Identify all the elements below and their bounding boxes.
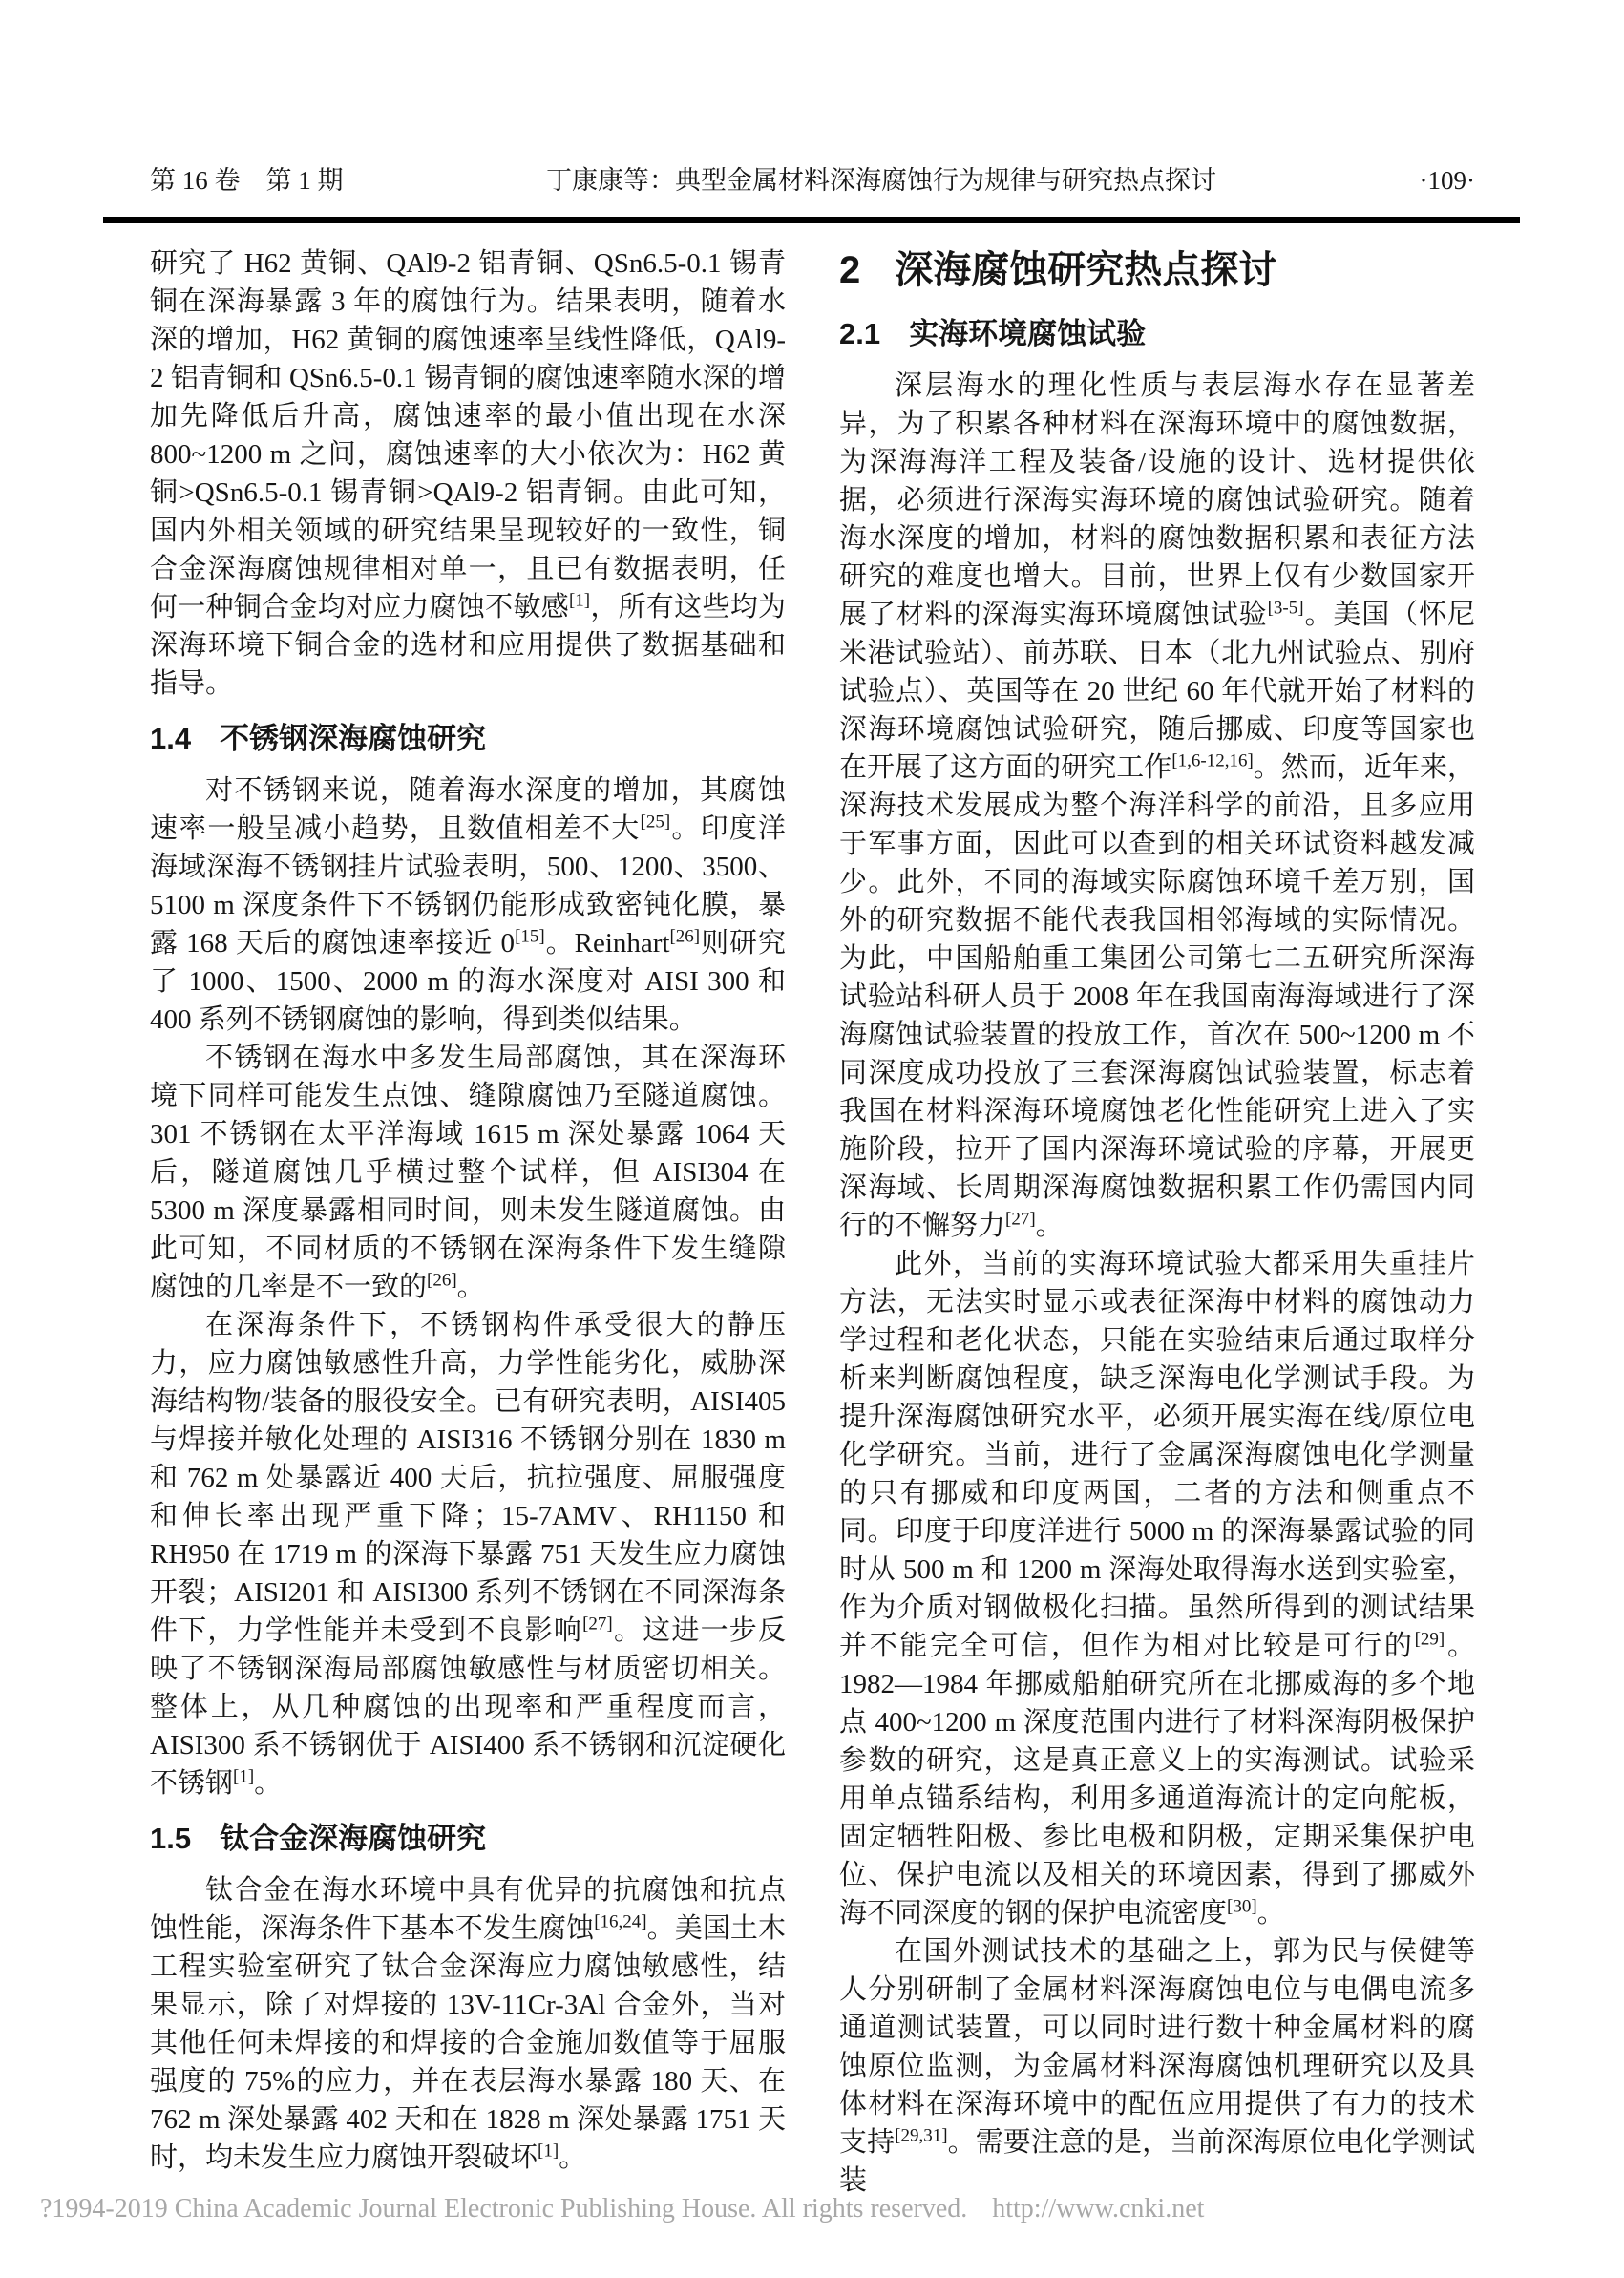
footer-url: http://www.cnki.net (992, 2194, 1204, 2225)
citation-ref: [29] (1415, 1629, 1445, 1649)
heading-text: 深海腐蚀研究热点探讨 (895, 249, 1276, 291)
citation-ref: [3-5] (1268, 598, 1304, 618)
citation-ref: [15] (515, 926, 545, 946)
citation-ref: [1] (233, 1766, 254, 1786)
heading-text: 钛合金深海腐蚀研究 (220, 1822, 486, 1855)
heading-text: 实海环境腐蚀试验 (909, 317, 1146, 350)
paragraph: 钛合金在海水环境中具有优异的抗腐蚀和抗点蚀性能，深海条件下基本不发生腐蚀[16,… (150, 1871, 786, 2177)
citation-ref: [1] (569, 590, 590, 610)
citation-ref: [1] (538, 2141, 559, 2161)
citation-ref: [26] (669, 926, 700, 946)
subsection-heading: 1.5钛合金深海腐蚀研究 (150, 1820, 786, 1858)
citation-ref: [16,24] (594, 1911, 646, 1931)
page-footer: ?1994-2019 China Academic Journal Electr… (40, 2194, 1587, 2225)
paragraph: 研究了 H62 黄铜、QAl9-2 铝青铜、QSn6.5-0.1 锡青铜在深海暴… (150, 244, 786, 703)
heading-number: 2.1 (839, 317, 880, 350)
left-column: 研究了 H62 黄铜、QAl9-2 铝青铜、QSn6.5-0.1 锡青铜在深海暴… (150, 244, 786, 2200)
citation-ref: [27] (582, 1614, 613, 1634)
paragraph: 不锈钢在海水中多发生局部腐蚀，其在深海环境下同样可能发生点蚀、缝隙腐蚀乃至隧道腐… (150, 1039, 786, 1306)
journal-page-scan: 第 16 卷 第 1 期 丁康康等：典型金属材料深海腐蚀行为规律与研究热点探讨 … (0, 0, 1624, 2278)
heading-number: 1.4 (150, 722, 191, 755)
running-title: 丁康康等：典型金属材料深海腐蚀行为规律与研究热点探讨 (344, 164, 1420, 197)
heading-text: 不锈钢深海腐蚀研究 (220, 722, 486, 755)
citation-ref: [26] (427, 1270, 457, 1290)
article-body: 研究了 H62 黄铜、QAl9-2 铝青铜、QSn6.5-0.1 锡青铜在深海暴… (150, 244, 1475, 2200)
section-heading: 2深海腐蚀研究热点探讨 (839, 246, 1475, 294)
page-header: 第 16 卷 第 1 期 丁康康等：典型金属材料深海腐蚀行为规律与研究热点探讨 … (150, 164, 1475, 197)
heading-number: 2 (839, 249, 860, 291)
paragraph: 在国外测试技术的基础之上，郭为民与侯健等人分别研制了金属材料深海腐蚀电位与电偶电… (839, 1932, 1475, 2200)
subsection-heading: 1.4不锈钢深海腐蚀研究 (150, 720, 786, 758)
paragraph: 对不锈钢来说，随着海水深度的增加，其腐蚀速率一般呈减小趋势，且数值相差不大[25… (150, 771, 786, 1039)
paragraph: 在深海条件下，不锈钢构件承受很大的静压力，应力腐蚀敏感性升高，力学性能劣化，威胁… (150, 1306, 786, 1803)
paragraph: 深层海水的理化性质与表层海水存在显著差异，为了积累各种材料在深海环境中的腐蚀数据… (839, 367, 1475, 1245)
heading-number: 1.5 (150, 1822, 191, 1855)
subsection-heading: 2.1实海环境腐蚀试验 (839, 315, 1475, 353)
page-number: ·109· (1420, 164, 1475, 197)
volume-issue: 第 16 卷 第 1 期 (150, 164, 344, 197)
citation-ref: [25] (641, 812, 671, 832)
right-column: 2深海腐蚀研究热点探讨2.1实海环境腐蚀试验深层海水的理化性质与表层海水存在显著… (839, 244, 1475, 2200)
copyright-text: ?1994-2019 China Academic Journal Electr… (40, 2194, 967, 2225)
citation-ref: [30] (1227, 1896, 1257, 1916)
citation-ref: [27] (1005, 1209, 1036, 1229)
citation-ref: [29,31] (895, 2125, 947, 2145)
paragraph: 此外，当前的实海环境试验大都采用失重挂片方法，无法实时显示或表征深海中材料的腐蚀… (839, 1245, 1475, 1932)
citation-ref: [1,6-12,16] (1171, 750, 1253, 770)
header-rule (103, 217, 1520, 223)
